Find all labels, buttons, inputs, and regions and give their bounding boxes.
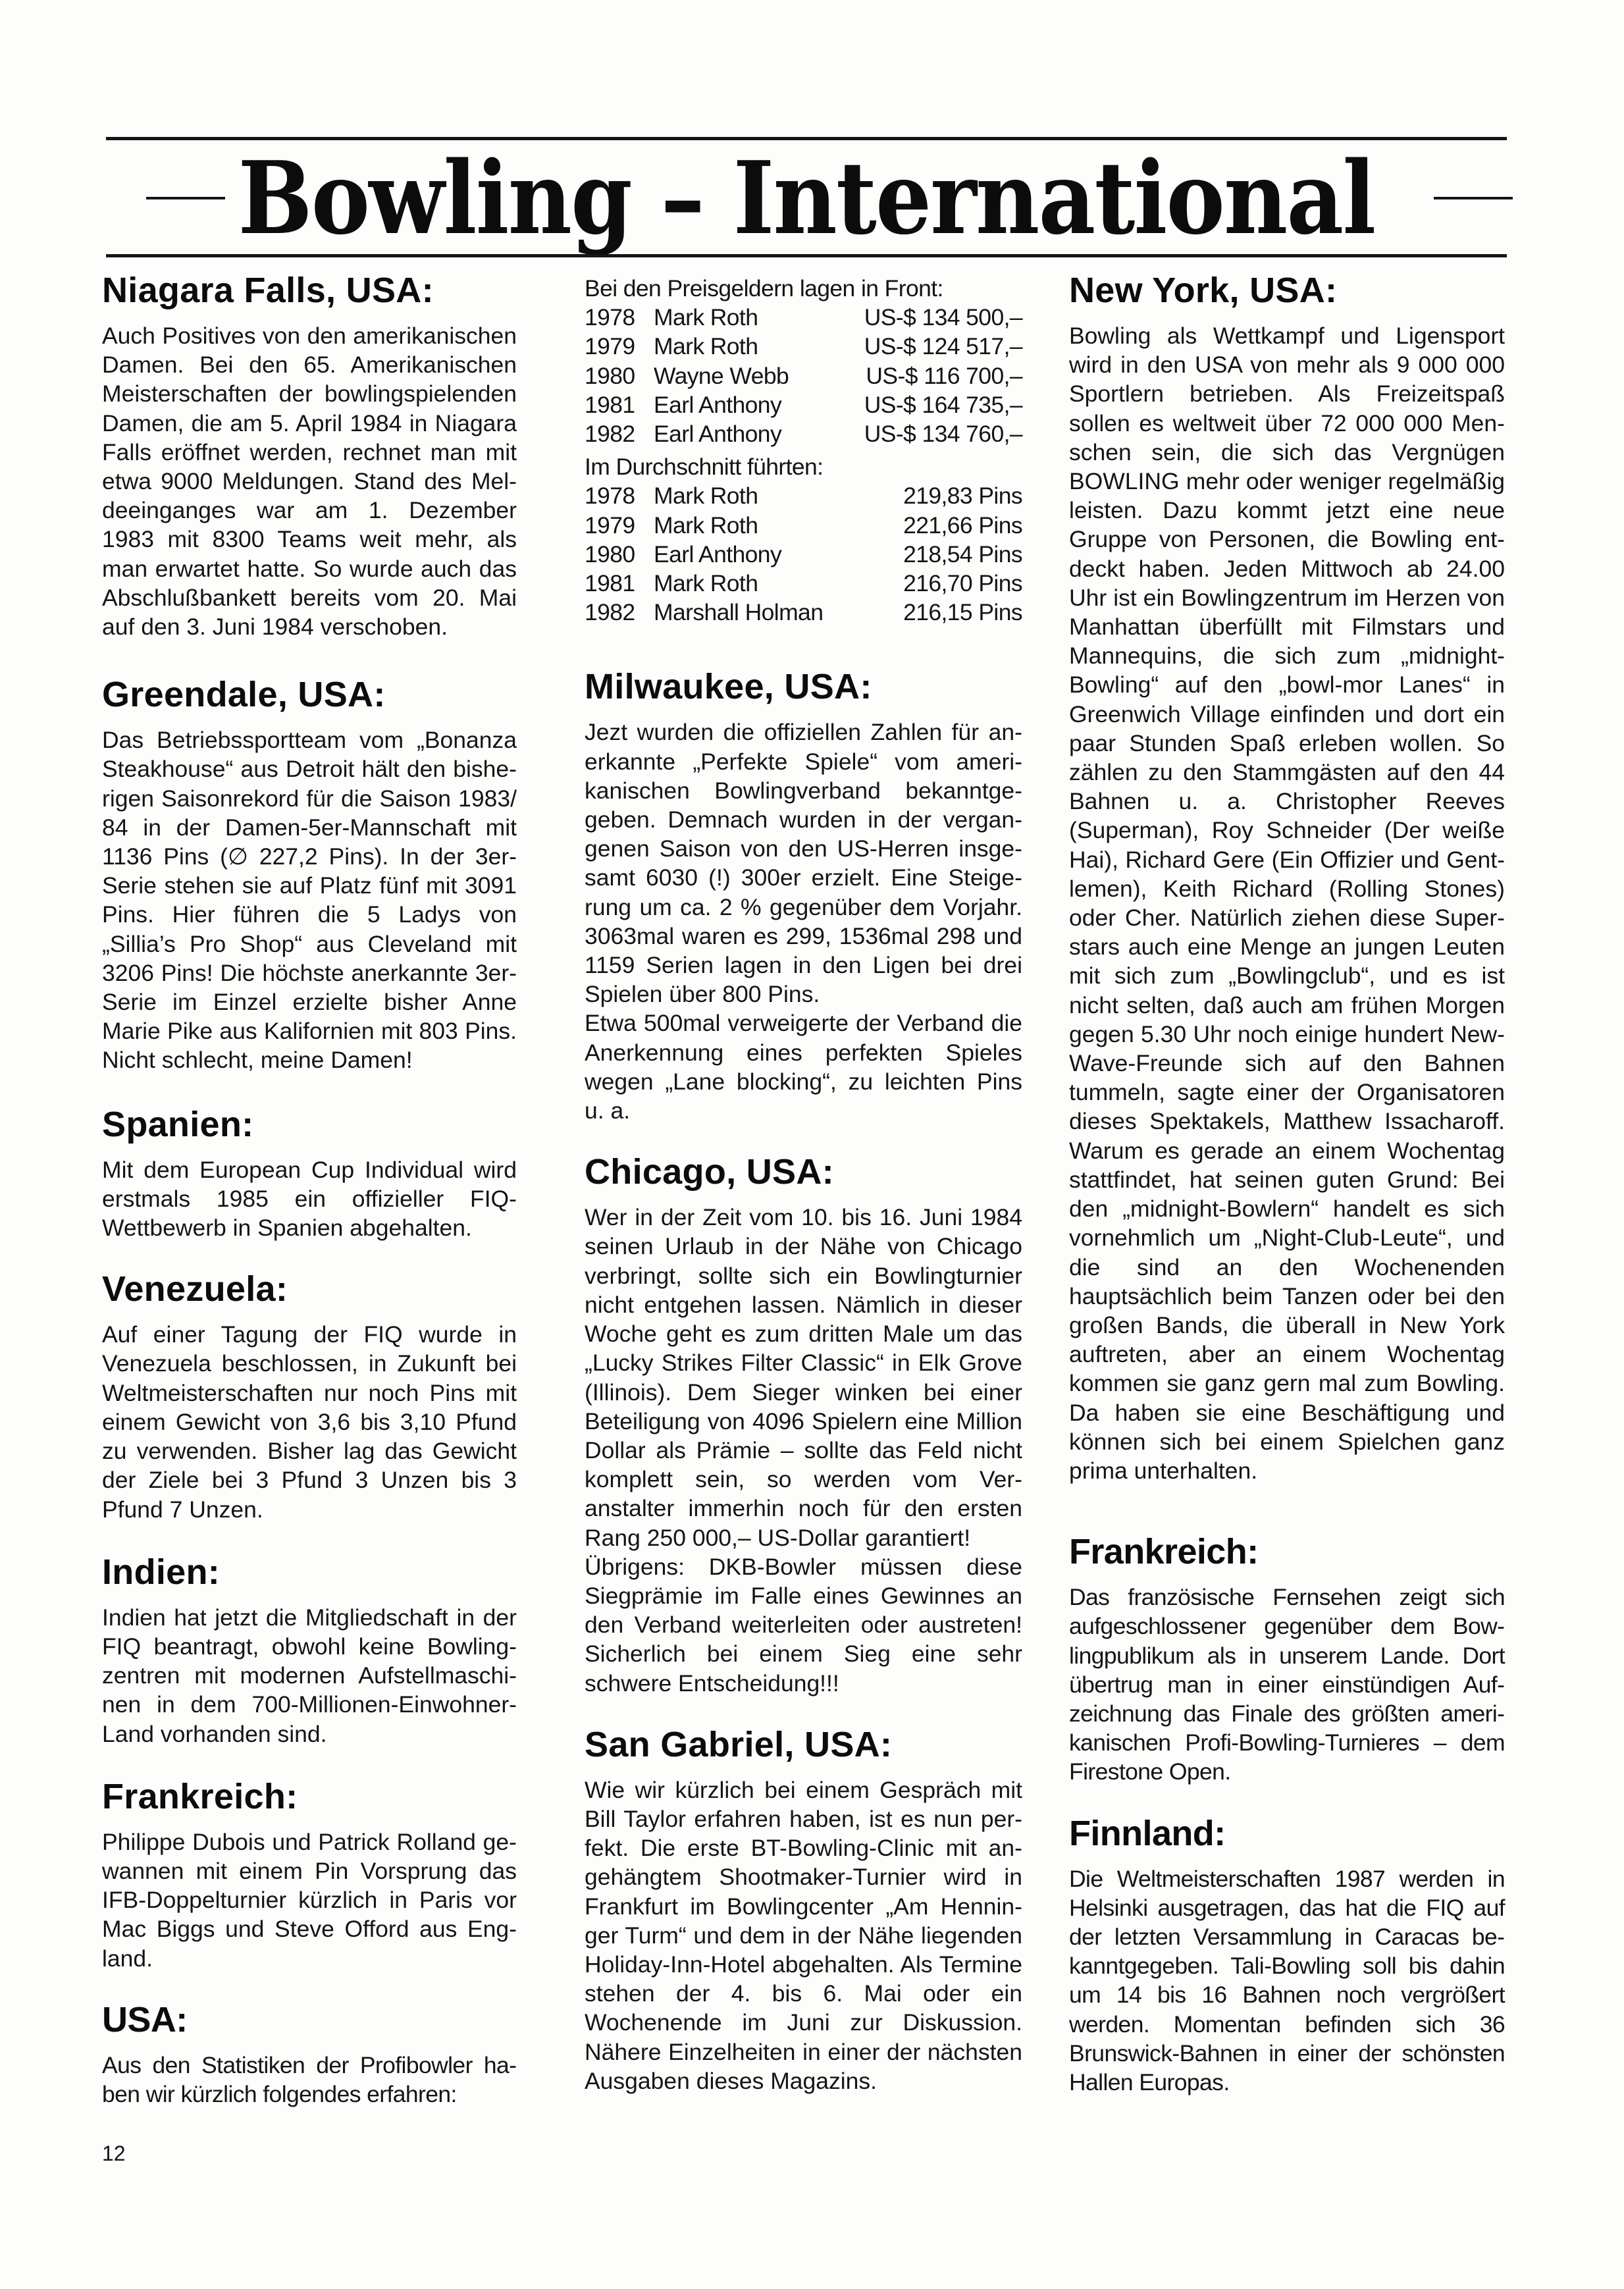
prize-money-table: 1978Mark RothUS-$ 134 500,– 1979Mark Rot… <box>585 303 1022 448</box>
article-finnland: Finnland: Die Weltmeisterschaften 1987 w… <box>1069 1812 1505 2097</box>
table-row: 1981Earl AnthonyUS-$ 164 735,– <box>585 390 1022 419</box>
averages-label: Im Durchschnitt führten: <box>585 452 1022 481</box>
article-body: Auch Positives von den amerikanischen Da… <box>102 321 517 641</box>
article-body: Das französische Fernsehen zeigt sich au… <box>1069 1583 1505 1786</box>
article-heading: USA: <box>102 1998 517 2041</box>
name-cell: Wayne Webb <box>654 361 824 390</box>
title-right-dash <box>1434 197 1513 199</box>
article-heading: Spanien: <box>102 1103 517 1146</box>
year-cell: 1980 <box>585 540 654 569</box>
article-frankreich-2: Frankreich: Das französische Fernsehen z… <box>1069 1530 1505 1786</box>
article-body: Jezt wurden die offiziellen Zahlen für a… <box>585 718 1022 1009</box>
article-greendale: Greendale, USA: Das Betriebssportteam vo… <box>102 673 517 1074</box>
column-middle: Bei den Preisgeldern lagen in Front: 197… <box>585 274 1022 2120</box>
name-cell: Earl Anthony <box>654 540 870 569</box>
prize-money-label: Bei den Preisgeldern lagen in Front: <box>585 274 1022 303</box>
amount-cell: US-$ 164 735,– <box>824 390 1022 419</box>
averages-table: 1978Mark Roth219,83 Pins 1979Mark Roth22… <box>585 481 1022 627</box>
article-heading: San Gabriel, USA: <box>585 1723 1022 1766</box>
table-row: 1979Mark Roth221,66 Pins <box>585 511 1022 540</box>
article-milwaukee: Milwaukee, USA: Jezt wurden die offiziel… <box>585 665 1022 1125</box>
amount-cell: US-$ 134 760,– <box>824 419 1022 448</box>
prize-money-block: Bei den Preisgeldern lagen in Front: 197… <box>585 274 1022 448</box>
article-niagara-falls: Niagara Falls, USA: Auch Positives von d… <box>102 269 517 641</box>
table-row: 1980Earl Anthony218,54 Pins <box>585 540 1022 569</box>
name-cell: Mark Roth <box>654 569 870 598</box>
table-row: 1981Mark Roth216,70 Pins <box>585 569 1022 598</box>
amount-cell: US-$ 134 500,– <box>824 303 1022 332</box>
article-body: Das Betriebssportteam vom „Bonanza Steak… <box>102 725 517 1074</box>
article-heading: Niagara Falls, USA: <box>102 269 517 312</box>
column-right: New York, USA: Bowling als Wettkampf und… <box>1069 269 1505 2122</box>
article-usa: USA: Aus den Statistiken der Profibowler… <box>102 1998 517 2109</box>
year-cell: 1981 <box>585 390 654 419</box>
article-indien: Indien: Indien hat jetzt die Mitgliedsch… <box>102 1550 517 1749</box>
year-cell: 1979 <box>585 332 654 361</box>
article-body-2: Übrigens: DKB-Bowler müssen diese Siegpr… <box>585 1552 1022 1698</box>
table-row: 1979Mark RothUS-$ 124 517,– <box>585 332 1022 361</box>
article-frankreich-1: Frankreich: Philippe Dubois und Patrick … <box>102 1775 517 1973</box>
article-heading: Indien: <box>102 1550 517 1594</box>
name-cell: Mark Roth <box>654 303 824 332</box>
year-cell: 1982 <box>585 598 654 627</box>
table-row: 1982Marshall Holman216,15 Pins <box>585 598 1022 627</box>
name-cell: Marshall Holman <box>654 598 870 627</box>
article-body: Wie wir kürzlich bei einem Gespräch mit … <box>585 1776 1022 2095</box>
table-row: 1978Mark Roth219,83 Pins <box>585 481 1022 510</box>
article-heading: Venezuela: <box>102 1267 517 1311</box>
article-heading: Milwaukee, USA: <box>585 665 1022 708</box>
article-heading: Greendale, USA: <box>102 673 517 716</box>
article-body-2: Etwa 500mal verweigerte der Verband die … <box>585 1009 1022 1125</box>
article-heading: Frankreich: <box>102 1775 517 1818</box>
amount-cell: 216,15 Pins <box>870 598 1022 627</box>
name-cell: Mark Roth <box>654 481 870 510</box>
year-cell: 1982 <box>585 419 654 448</box>
year-cell: 1980 <box>585 361 654 390</box>
article-body: Auf einer Tagung der FIQ wurde in Vene­z… <box>102 1320 517 1523</box>
article-body: Indien hat jetzt die Mitgliedschaft in d… <box>102 1603 517 1749</box>
amount-cell: 216,70 Pins <box>870 569 1022 598</box>
name-cell: Earl Anthony <box>654 419 824 448</box>
article-body: Philippe Dubois und Patrick Rolland ge­w… <box>102 1828 517 1973</box>
name-cell: Mark Roth <box>654 511 870 540</box>
table-row: 1980Wayne WebbUS-$ 116 700,– <box>585 361 1022 390</box>
name-cell: Earl Anthony <box>654 390 824 419</box>
article-body: Wer in der Zeit vom 10. bis 16. Juni 198… <box>585 1203 1022 1552</box>
averages-block: Im Durchschnitt führten: 1978Mark Roth21… <box>585 452 1022 627</box>
amount-cell: US-$ 116 700,– <box>824 361 1022 390</box>
article-body: Aus den Statistiken der Profibowler ha­b… <box>102 2051 517 2109</box>
year-cell: 1978 <box>585 481 654 510</box>
article-heading: Finnland: <box>1069 1812 1505 1855</box>
year-cell: 1981 <box>585 569 654 598</box>
article-san-gabriel: San Gabriel, USA: Wie wir kürzlich bei e… <box>585 1723 1022 2095</box>
table-row: 1982Earl AnthonyUS-$ 134 760,– <box>585 419 1022 448</box>
page-number: 12 <box>102 2142 126 2166</box>
article-chicago: Chicago, USA: Wer in der Zeit vom 10. bi… <box>585 1150 1022 1697</box>
article-heading: Chicago, USA: <box>585 1150 1022 1194</box>
article-spanien: Spanien: Mit dem European Cup Individual… <box>102 1103 517 1243</box>
article-body: Die Weltmeisterschaften 1987 werden in H… <box>1069 1864 1505 2097</box>
masthead: Bowling – International <box>106 138 1507 255</box>
article-heading: Frankreich: <box>1069 1530 1505 1573</box>
amount-cell: 221,66 Pins <box>870 511 1022 540</box>
article-body: Mit dem European Cup Individual wird ers… <box>102 1155 517 1243</box>
table-row: 1978Mark RothUS-$ 134 500,– <box>585 303 1022 332</box>
amount-cell: 218,54 Pins <box>870 540 1022 569</box>
year-cell: 1978 <box>585 303 654 332</box>
amount-cell: US-$ 124 517,– <box>824 332 1022 361</box>
article-body: Bowling als Wettkampf und Ligensport wir… <box>1069 321 1505 1485</box>
column-left: Niagara Falls, USA: Auch Positives von d… <box>102 269 517 2134</box>
amount-cell: 219,83 Pins <box>870 481 1022 510</box>
article-heading: New York, USA: <box>1069 269 1505 312</box>
bottom-rule <box>106 254 1507 257</box>
year-cell: 1979 <box>585 511 654 540</box>
article-venezuela: Venezuela: Auf einer Tagung der FIQ wurd… <box>102 1267 517 1523</box>
article-new-york: New York, USA: Bowling als Wettkampf und… <box>1069 269 1505 1485</box>
name-cell: Mark Roth <box>654 332 824 361</box>
page-title: Bowling – International <box>190 144 1423 253</box>
